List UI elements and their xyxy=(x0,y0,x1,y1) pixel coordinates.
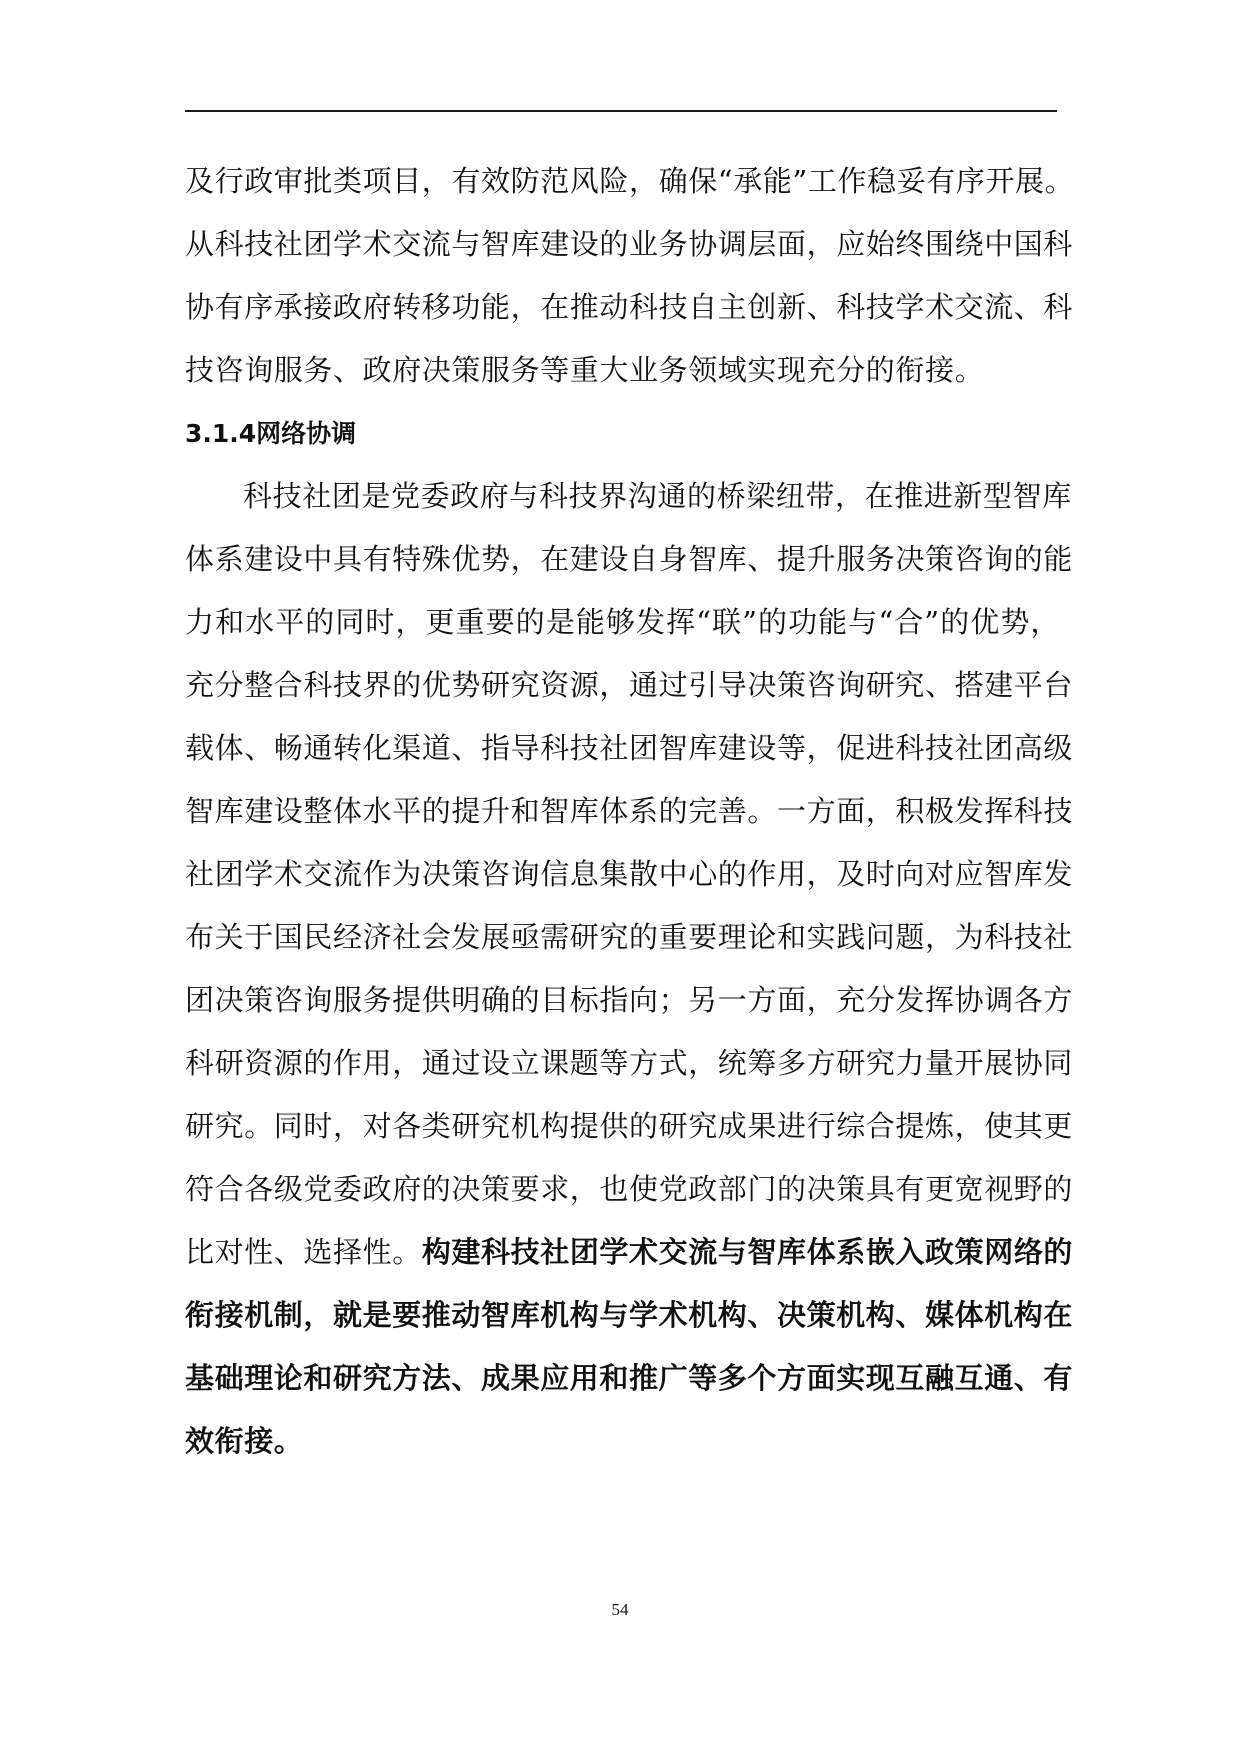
section-heading: 3.1.4网络协调 xyxy=(185,402,1060,465)
text-line: 社团学术交流作为决策咨询信息集散中心的作用，及时向对应智库发 xyxy=(185,843,1060,906)
text-line: 协有序承接政府转移功能，在推动科技自主创新、科技学术交流、科 xyxy=(185,276,1060,339)
text-line: 载体、畅通转化渠道、指导科技社团智库建设等，促进科技社团高级 xyxy=(185,717,1060,780)
text-line: 团决策咨询服务提供明确的目标指向；另一方面，充分发挥协调各方 xyxy=(185,969,1060,1032)
header-rule xyxy=(185,110,1057,112)
plain-text-segment: 比对性、选择性。 xyxy=(185,1235,422,1269)
page-body: 及行政审批类项目，有效防范风险，确保“承能”工作稳妥有序开展。 从科技社团学术交… xyxy=(185,150,1060,1473)
text-line: 从科技社团学术交流与智库建设的业务协调层面，应始终围绕中国科 xyxy=(185,213,1060,276)
bold-text-line: 效衔接。 xyxy=(185,1410,1060,1473)
mixed-text-line: 比对性、选择性。构建科技社团学术交流与智库体系嵌入政策网络的 xyxy=(185,1221,1060,1284)
text-line: 力和水平的同时，更重要的是能够发挥“联”的功能与“合”的优势， xyxy=(185,591,1060,654)
paragraph-2: 科技社团是党委政府与科技界沟通的桥梁纽带，在推进新型智库 体系建设中具有特殊优势… xyxy=(185,465,1060,1473)
text-line: 及行政审批类项目，有效防范风险，确保“承能”工作稳妥有序开展。 xyxy=(185,150,1060,213)
text-line: 智库建设整体水平的提升和智库体系的完善。一方面，积极发挥科技 xyxy=(185,780,1060,843)
bold-text-segment: 构建科技社团学术交流与智库体系嵌入政策网络的 xyxy=(422,1235,1073,1269)
text-line: 符合各级党委政府的决策要求，也使党政部门的决策具有更宽视野的 xyxy=(185,1158,1060,1221)
text-line: 技咨询服务、政府决策服务等重大业务领域实现充分的衔接。 xyxy=(185,339,1060,402)
text-line: 科研资源的作用，通过设立课题等方式，统筹多方研究力量开展协同 xyxy=(185,1032,1060,1095)
text-line: 体系建设中具有特殊优势，在建设自身智库、提升服务决策咨询的能 xyxy=(185,528,1060,591)
text-line: 科技社团是党委政府与科技界沟通的桥梁纽带，在推进新型智库 xyxy=(185,465,1060,528)
bold-text-line: 衔接机制，就是要推动智库机构与学术机构、决策机构、媒体机构在 xyxy=(185,1284,1060,1347)
page-number: 54 xyxy=(0,1600,1240,1620)
bold-text-line: 基础理论和研究方法、成果应用和推广等多个方面实现互融互通、有 xyxy=(185,1347,1060,1410)
text-line: 充分整合科技界的优势研究资源，通过引导决策咨询研究、搭建平台 xyxy=(185,654,1060,717)
paragraph-1: 及行政审批类项目，有效防范风险，确保“承能”工作稳妥有序开展。 从科技社团学术交… xyxy=(185,150,1060,402)
text-line: 布关于国民经济社会发展亟需研究的重要理论和实践问题，为科技社 xyxy=(185,906,1060,969)
text-line: 研究。同时，对各类研究机构提供的研究成果进行综合提炼，使其更 xyxy=(185,1095,1060,1158)
